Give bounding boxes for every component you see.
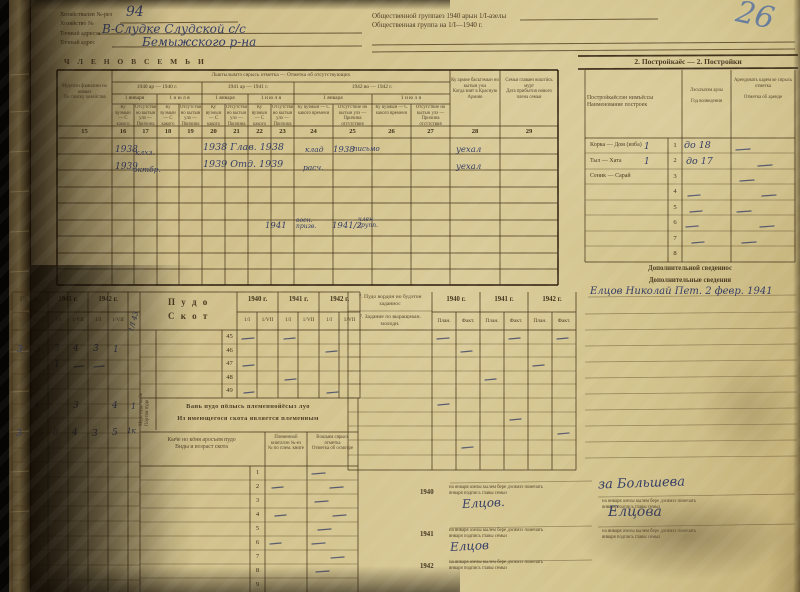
scanned-register-page: Хозяйствалэн №-рез Хозяйство № 94 Точный…	[0, 0, 800, 592]
ink-dash-marks	[0, 0, 800, 592]
